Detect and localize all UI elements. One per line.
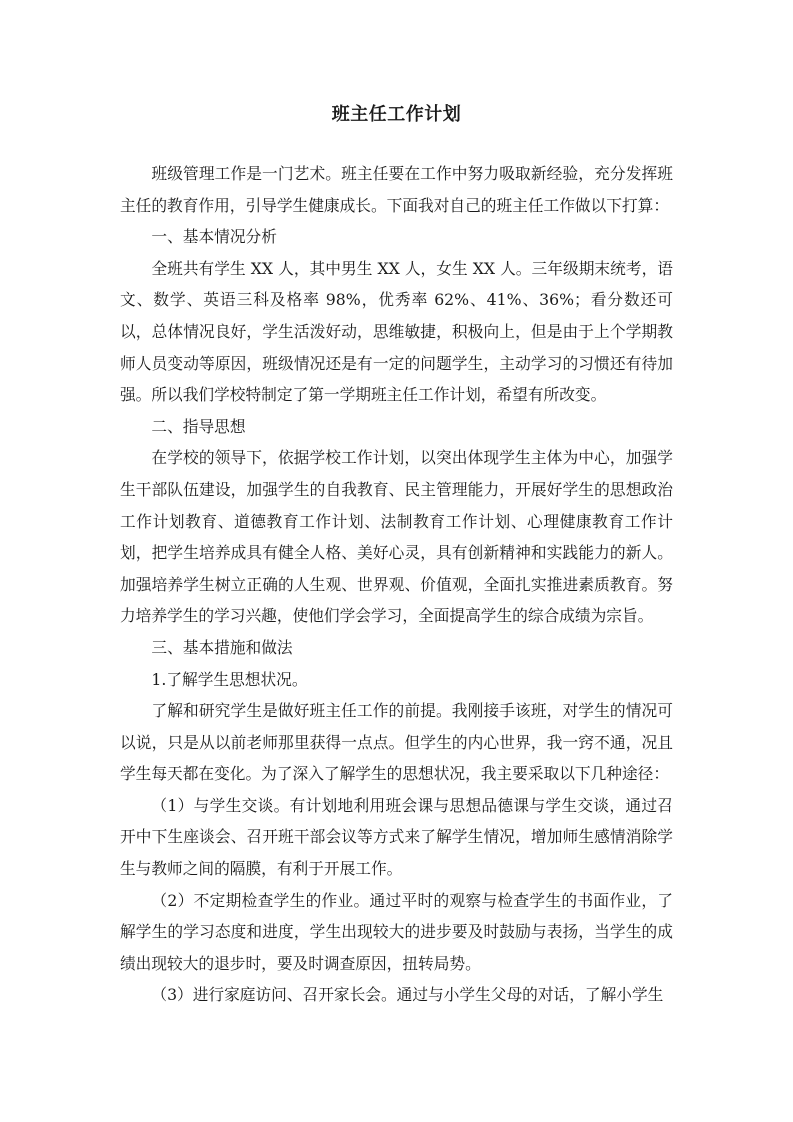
subsection-heading-understand-students: 1.了解学生思想状况。 — [120, 664, 673, 696]
section-heading-guiding-ideology: 二、指导思想 — [120, 411, 673, 443]
intro-paragraph: 班级管理工作是一门艺术。班主任要在工作中努力吸取新经验，充分发挥班主任的教育作用… — [120, 158, 673, 221]
method-2-paragraph: （2）不定期检查学生的作业。通过平时的观察与检查学生的书面作业，了解学生的学习态… — [120, 885, 673, 980]
method-3-paragraph: （3）进行家庭访问、召开家长会。通过与小学生父母的对话，了解小学生 — [120, 979, 673, 1011]
document-body: 班级管理工作是一门艺术。班主任要在工作中努力吸取新经验，充分发挥班主任的教育作用… — [120, 158, 673, 1011]
method-1-paragraph: （1）与学生交谈。有计划地利用班会课与思想品德课与学生交谈，通过召开中下生座谈会… — [120, 790, 673, 885]
understand-students-paragraph: 了解和研究学生是做好班主任工作的前提。我刚接手该班，对学生的情况可以说，只是从以… — [120, 695, 673, 790]
guiding-ideology-paragraph: 在学校的领导下，依据学校工作计划，以突出体现学生主体为中心，加强学生干部队伍建设… — [120, 442, 673, 632]
section-heading-basic-situation: 一、基本情况分析 — [120, 221, 673, 253]
basic-situation-paragraph: 全班共有学生 XX 人，其中男生 XX 人，女生 XX 人。三年级期末统考，语文… — [120, 253, 673, 411]
section-heading-measures: 三、基本措施和做法 — [120, 632, 673, 664]
document-title: 班主任工作计划 — [120, 103, 673, 127]
